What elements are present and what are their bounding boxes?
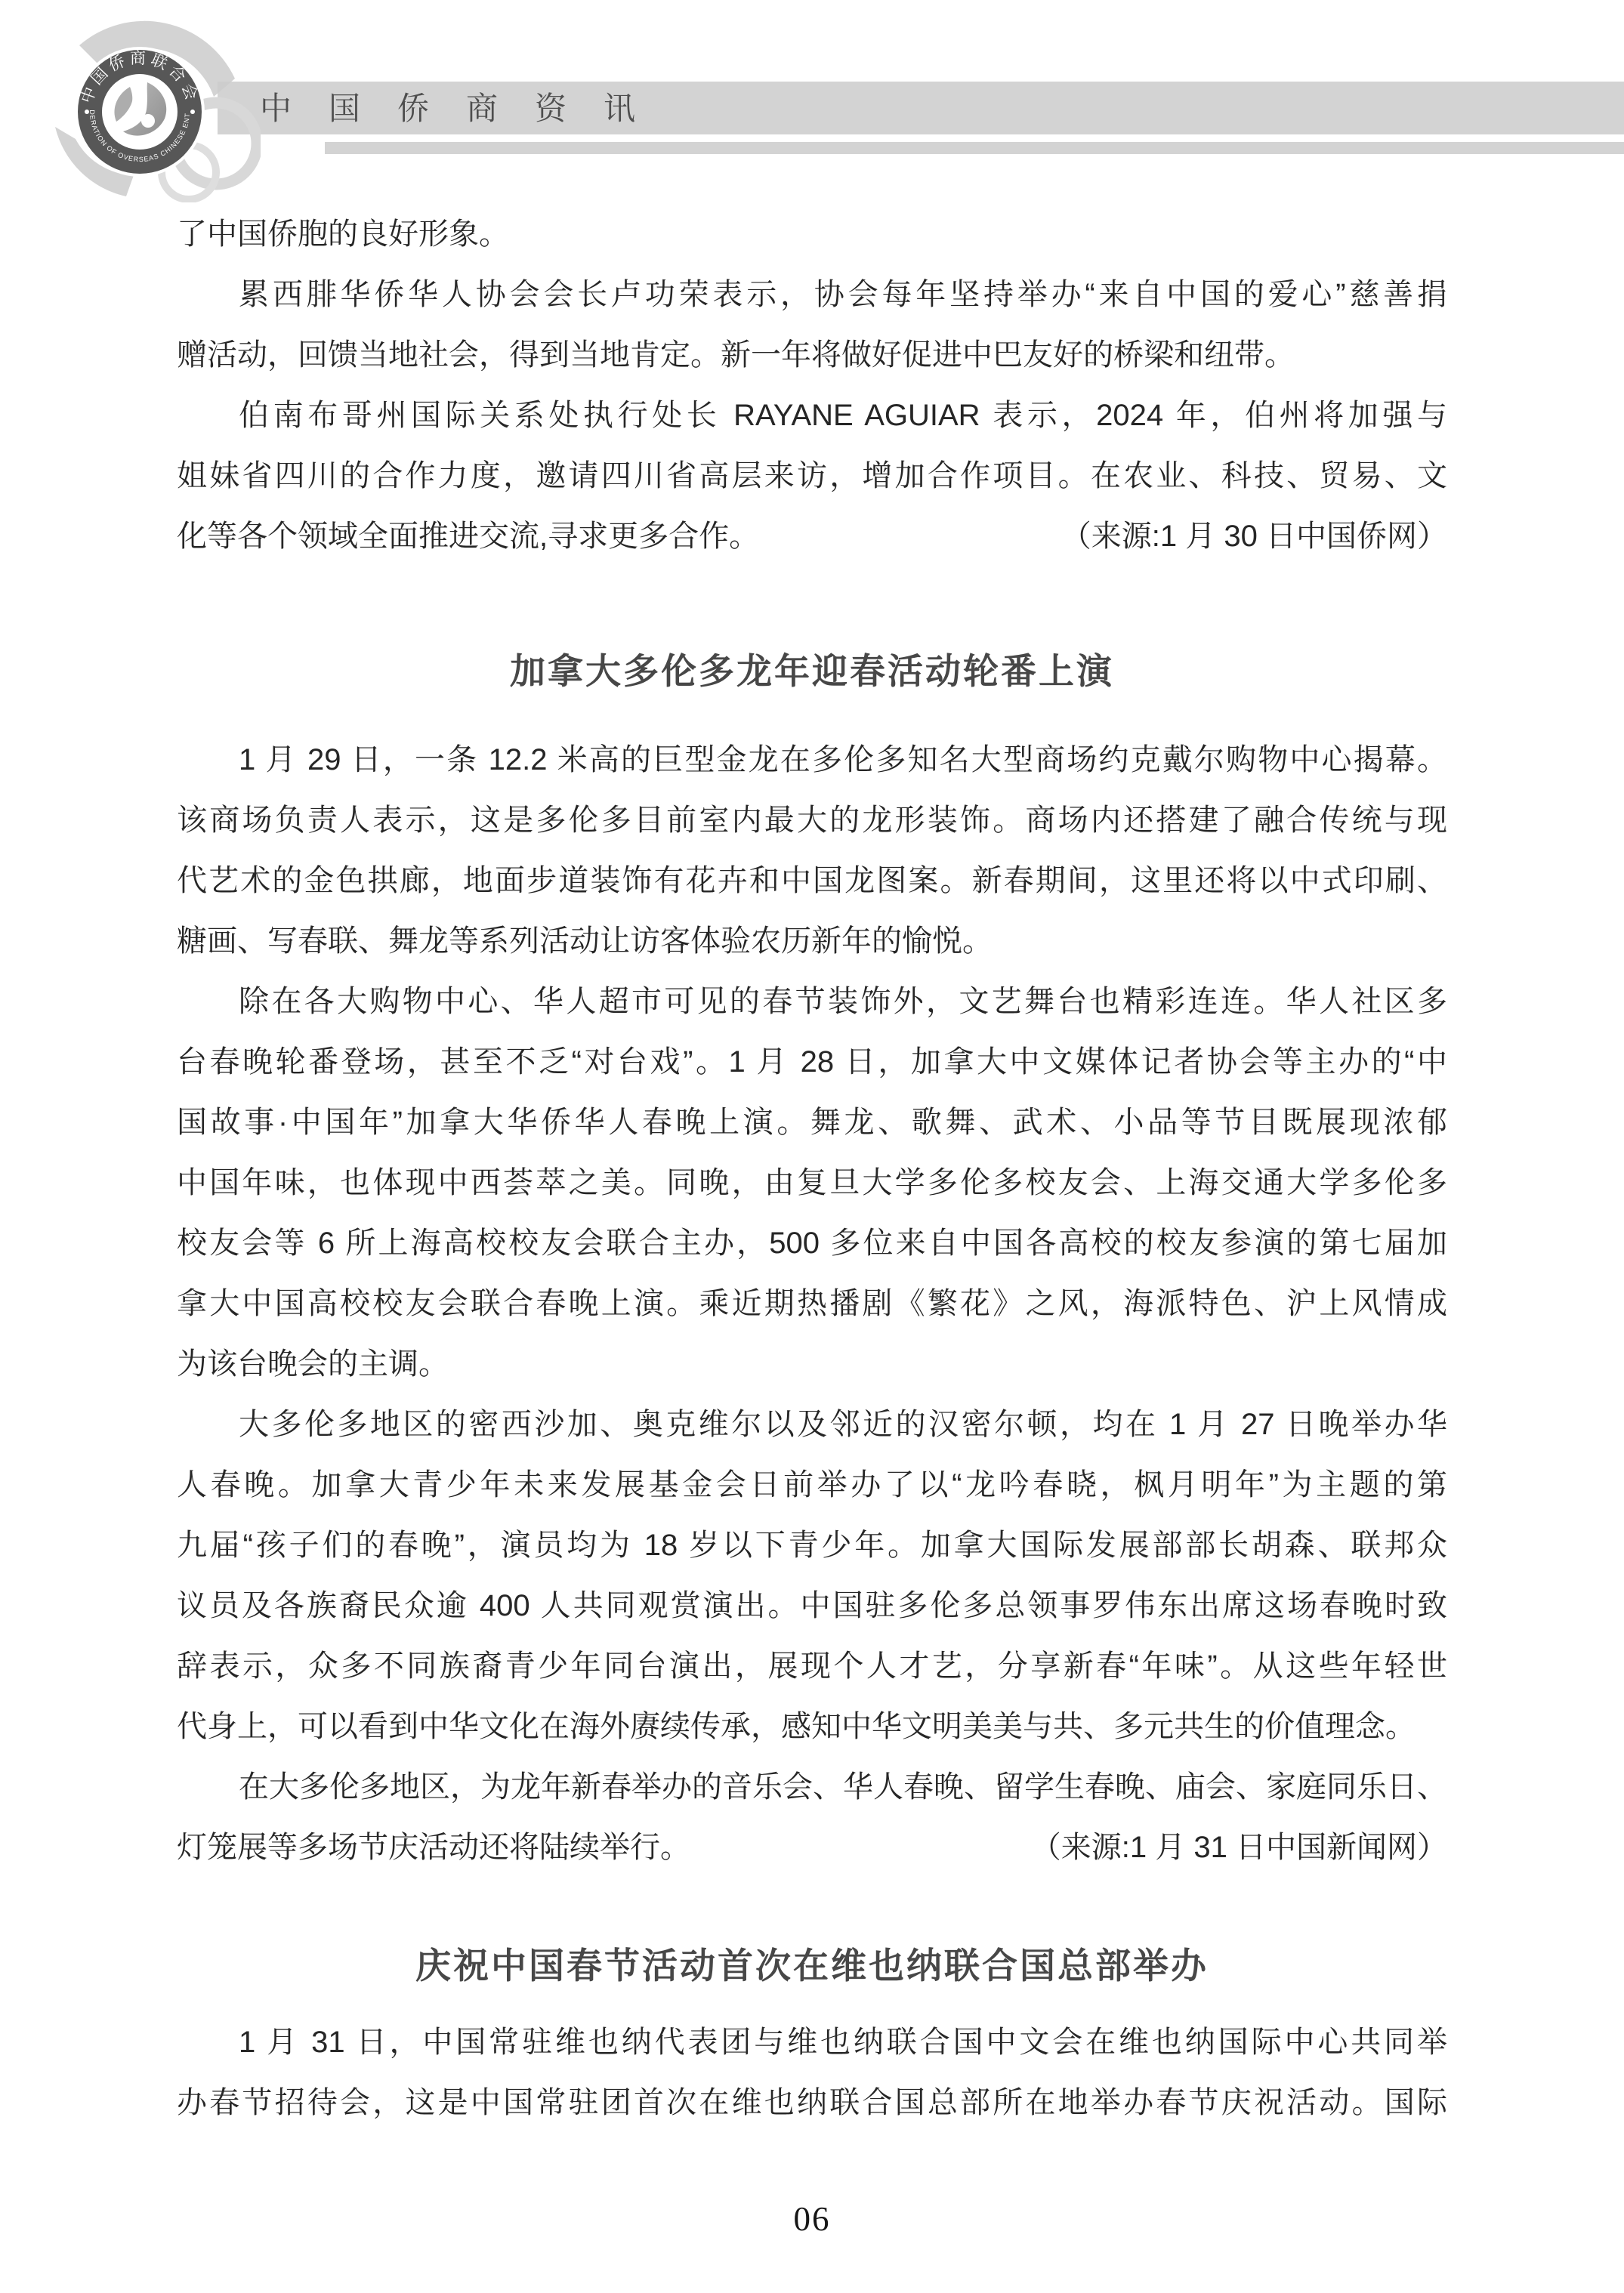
source-attribution: （来源:1 月 30 日中国侨网） [1061,506,1447,566]
text-line: 大多伦多地区的密西沙加、奥克维尔以及邻近的汉密尔顿，均在 1 月 27 日晚举办… [177,1394,1447,1455]
line-text: 在大多伦多地区，为龙年新春举办的音乐会、华人春晚、留学生春晚、庙会、家庭同乐日、 [239,1770,1447,1804]
text-line: 议员及各族裔民众逾 400 人共同观赏演出。中国驻多伦多总领事罗伟东出席这场春晚… [177,1575,1447,1636]
line-text: 辞表示，众多不同族裔青少年同台演出，展现个人才艺，分享新春“年味”。从这些年轻世 [177,1650,1447,1683]
article-heading-1: 加拿大多伦多龙年迎春活动轮番上演 [177,643,1447,694]
article-2-paragraphs: 1 月 31 日，中国常驻维也纳代表团与维也纳联合国中文会在维也纳国际中心共同举… [177,2012,1447,2133]
line-text: 糖画、写春联、舞龙等系列活动让访客体验农历新年的愉悦。 [177,924,993,958]
line-text: 办春节招待会，这是中国常驻团首次在维也纳联合国总部所在地举办春节庆祝活动。国际 [177,2086,1447,2119]
text-line: 国故事·中国年”加拿大华侨华人春晚上演。舞龙、歌舞、武术、小品等节目既展现浓郁 [177,1092,1447,1153]
line-text: 校友会等 6 所上海高校校友会联合主办，500 多位来自中国各高校的校友参演的第… [177,1227,1447,1260]
text-line: 代身上，可以看到中华文化在海外赓续传承，感知中华文明美美与共、多元共生的价值理念… [177,1696,1447,1757]
line-text: 大多伦多地区的密西沙加、奥克维尔以及邻近的汉密尔顿，均在 1 月 27 日晚举办… [239,1408,1447,1441]
text-line: 赠活动，回馈当地社会，得到当地肯定。新一年将做好促进中巴友好的桥梁和纽带。 [177,325,1447,385]
line-text: 赠活动，回馈当地社会，得到当地肯定。新一年将做好促进中巴友好的桥梁和纽带。 [177,338,1295,372]
text-line: 累西腓华侨华人协会会长卢功荣表示，协会每年坚持举办“来自中国的爱心”慈善捐 [177,264,1447,325]
intro-paragraphs: 了中国侨胞的良好形象。累西腓华侨华人协会会长卢功荣表示，协会每年坚持举办“来自中… [177,204,1447,566]
header-title-band: 中国侨商资讯 [218,82,1624,134]
page-number: 06 [0,2199,1624,2239]
header-divider-band [325,142,1624,154]
line-text: 伯南布哥州国际关系处执行处长 RAYANE AGUIAR 表示，2024 年，伯… [239,399,1447,432]
text-line: 九届“孩子们的春晚”，演员均为 18 岁以下青少年。加拿大国际发展部部长胡森、联… [177,1515,1447,1575]
article-heading-2: 庆祝中国春节活动首次在维也纳联合国总部举办 [177,1938,1447,1989]
text-line: 在大多伦多地区，为龙年新春举办的音乐会、华人春晚、留学生春晚、庙会、家庭同乐日、 [177,1757,1447,1817]
text-line: 拿大中国高校校友会联合春晚上演。乘近期热播剧《繁花》之风，海派特色、沪上风情成 [177,1273,1447,1334]
newsletter-page: 中国侨商资讯 [0,0,1624,2293]
text-line: 化等各个领域全面推进交流,寻求更多合作。（来源:1 月 30 日中国侨网） [177,506,1447,566]
line-text: 1 月 29 日，一条 12.2 米高的巨型金龙在多伦多知名大型商场约克戴尔购物… [239,743,1447,776]
line-text: 九届“孩子们的春晚”，演员均为 18 岁以下青少年。加拿大国际发展部部长胡森、联… [177,1529,1447,1562]
line-text: 为该台晚会的主调。 [177,1347,449,1381]
badge-star-right [190,110,195,114]
line-text: 代身上，可以看到中华文化在海外赓续传承，感知中华文明美美与共、多元共生的价值理念… [177,1710,1416,1743]
line-text: 议员及各族裔民众逾 400 人共同观赏演出。中国驻多伦多总领事罗伟东出席这场春晚… [177,1589,1447,1622]
page-title: 中国侨商资讯 [260,82,672,134]
line-text: 拿大中国高校校友会联合春晚上演。乘近期热播剧《繁花》之风，海派特色、沪上风情成 [177,1287,1447,1320]
text-line: 台春晚轮番登场，甚至不乏“对台戏”。1 月 28 日，加拿大中文媒体记者协会等主… [177,1032,1447,1092]
text-line: 为该台晚会的主调。 [177,1334,1447,1394]
line-text: 了中国侨胞的良好形象。 [177,218,509,251]
line-text: 台春晚轮番登场，甚至不乏“对台戏”。1 月 28 日，加拿大中文媒体记者协会等主… [177,1045,1447,1079]
text-line: 代艺术的金色拱廊，地面步道装饰有花卉和中国龙图案。新春期间，这里还将以中式印刷、 [177,850,1447,911]
line-text: 累西腓华侨华人协会会长卢功荣表示，协会每年坚持举办“来自中国的爱心”慈善捐 [239,278,1447,311]
line-text: 该商场负责人表示，这是多伦多目前室内最大的龙形装饰。商场内还搭建了融合传统与现 [177,804,1447,837]
line-text: 人春晚。加拿大青少年未来发展基金会日前举办了以“龙吟春晓，枫月明年”为主题的第 [177,1468,1447,1501]
text-line: 伯南布哥州国际关系处执行处长 RAYANE AGUIAR 表示，2024 年，伯… [177,385,1447,446]
line-text: 国故事·中国年”加拿大华侨华人春晚上演。舞龙、歌舞、武术、小品等节目既展现浓郁 [177,1106,1447,1139]
line-text: 姐妹省四川的合作力度，邀请四川省高层来访，增加合作项目。在农业、科技、贸易、文 [177,459,1447,492]
line-text: 1 月 31 日，中国常驻维也纳代表团与维也纳联合国中文会在维也纳国际中心共同举 [239,2026,1447,2059]
text-line: 辞表示，众多不同族裔青少年同台演出，展现个人才艺，分享新春“年味”。从这些年轻世 [177,1636,1447,1696]
line-text: 中国年味，也体现中西荟萃之美。同晚，由复旦大学多伦多校友会、上海交通大学多伦多 [177,1166,1447,1199]
badge-emblem-hole [141,114,155,128]
text-line: 办春节招待会，这是中国常驻团首次在维也纳联合国总部所在地举办春节庆祝活动。国际 [177,2072,1447,2133]
text-line: 了中国侨胞的良好形象。 [177,204,1447,264]
text-line: 该商场负责人表示，这是多伦多目前室内最大的龙形装饰。商场内还搭建了融合传统与现 [177,790,1447,850]
text-line: 校友会等 6 所上海高校校友会联合主办，500 多位来自中国各高校的校友参演的第… [177,1213,1447,1273]
text-line: 1 月 31 日，中国常驻维也纳代表团与维也纳联合国中文会在维也纳国际中心共同举 [177,2012,1447,2072]
text-line: 糖画、写春联、舞龙等系列活动让访客体验农历新年的愉悦。 [177,911,1447,971]
text-line: 人春晚。加拿大青少年未来发展基金会日前举办了以“龙吟春晓，枫月明年”为主题的第 [177,1455,1447,1515]
line-text: 化等各个领域全面推进交流,寻求更多合作。 [177,506,759,566]
badge-star-left [85,110,89,114]
text-line: 中国年味，也体现中西荟萃之美。同晚，由复旦大学多伦多校友会、上海交通大学多伦多 [177,1153,1447,1213]
text-line: 灯笼展等多场节庆活动还将陆续举行。（来源:1 月 31 日中国新闻网） [177,1817,1447,1878]
line-text: 灯笼展等多场节庆活动还将陆续举行。 [177,1817,690,1878]
line-text: 代艺术的金色拱廊，地面步道装饰有花卉和中国龙图案。新春期间，这里还将以中式印刷、 [177,864,1447,897]
article-1-paragraphs: 1 月 29 日，一条 12.2 米高的巨型金龙在多伦多知名大型商场约克戴尔购物… [177,730,1447,1878]
line-text: 除在各大购物中心、华人超市可见的春节装饰外，文艺舞台也精彩连连。华人社区多 [239,985,1447,1018]
federation-logo-icon: 中国侨商联合会 CHINA FEDERATION OF OVERSEAS CHI… [34,6,261,202]
federation-logo: 中国侨商联合会 CHINA FEDERATION OF OVERSEAS CHI… [34,6,261,202]
text-line: 1 月 29 日，一条 12.2 米高的巨型金龙在多伦多知名大型商场约克戴尔购物… [177,730,1447,790]
source-attribution: （来源:1 月 31 日中国新闻网） [1031,1817,1447,1878]
text-line: 姐妹省四川的合作力度，邀请四川省高层来访，增加合作项目。在农业、科技、贸易、文 [177,446,1447,506]
text-line: 除在各大购物中心、华人超市可见的春节装饰外，文艺舞台也精彩连连。华人社区多 [177,971,1447,1032]
